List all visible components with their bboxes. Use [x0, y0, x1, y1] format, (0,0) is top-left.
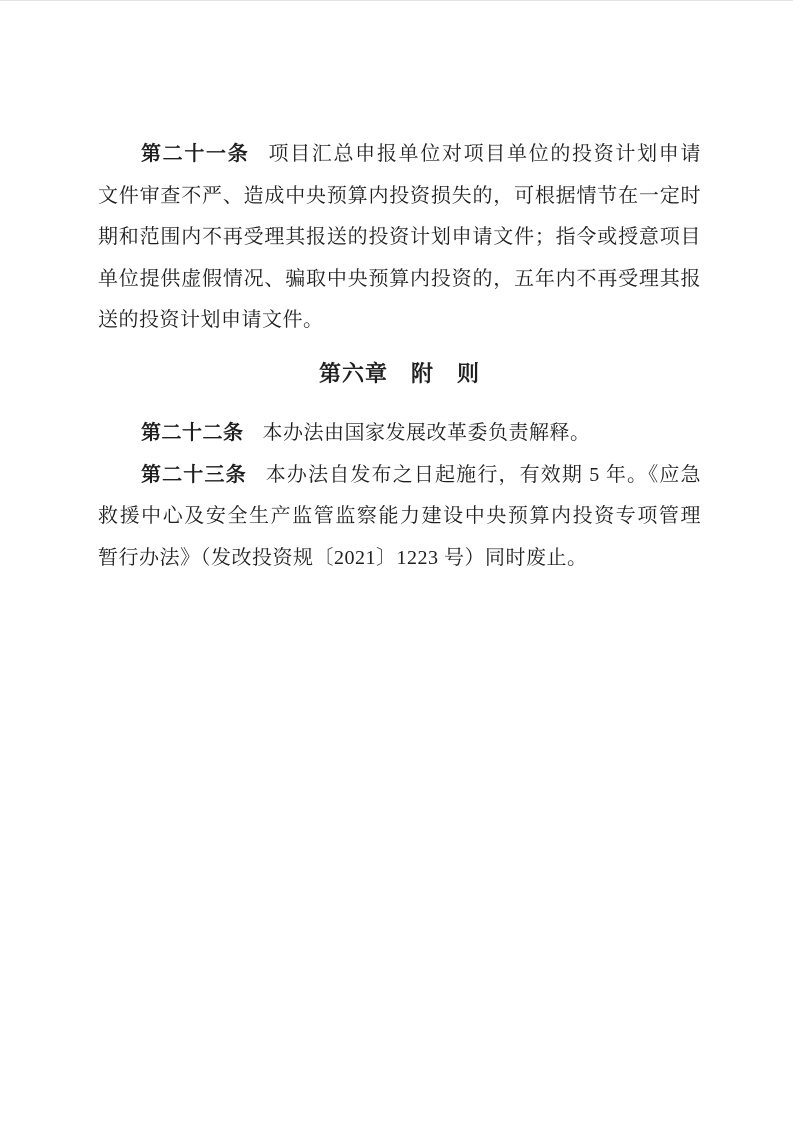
text-line: 送的投资计划申请文件。 — [98, 300, 701, 342]
article-22-paragraph: 第二十二条本办法由国家发展改革委负责解释。 — [98, 413, 701, 455]
text-line: 单位提供虚假情况、骗取中央预算内投资的，五年内不再受理其报 — [98, 259, 701, 301]
text-line: 期和范围内不再受理其报送的投资计划申请文件；指令或授意项目 — [98, 217, 701, 259]
article-23-paragraph: 第二十三条本办法自发布之日起施行，有效期 5 年。《应急 救援中心及安全生产监管… — [98, 455, 701, 580]
article-22-number: 第二十二条 — [141, 422, 244, 444]
article-21-number: 第二十一条 — [141, 143, 249, 165]
text-line: 第二十三条本办法自发布之日起施行，有效期 5 年。《应急 — [98, 455, 701, 497]
text-line: 暂行办法》（发改投资规〔2021〕1223 号）同时废止。 — [98, 538, 701, 580]
article-23-number: 第二十三条 — [141, 464, 247, 486]
chapter-6-heading: 第六章 附 则 — [98, 353, 701, 395]
article-21-first-line: 项目汇总申报单位对项目单位的投资计划申请 — [268, 143, 701, 165]
text-line: 文件审查不严、造成中央预算内投资损失的，可根据情节在一定时 — [98, 176, 701, 218]
text-line: 第二十一条项目汇总申报单位对项目单位的投资计划申请 — [98, 134, 701, 176]
article-22-text: 本办法由国家发展改革委负责解释。 — [263, 422, 591, 444]
text-line: 第二十二条本办法由国家发展改革委负责解释。 — [98, 413, 701, 455]
document-body: 第二十一条项目汇总申报单位对项目单位的投资计划申请 文件审查不严、造成中央预算内… — [98, 134, 701, 579]
article-21-paragraph: 第二十一条项目汇总申报单位对项目单位的投资计划申请 文件审查不严、造成中央预算内… — [98, 134, 701, 342]
text-line: 救援中心及安全生产监管监察能力建设中央预算内投资专项管理 — [98, 496, 701, 538]
article-23-first-line: 本办法自发布之日起施行，有效期 5 年。《应急 — [266, 464, 701, 486]
document-page: 第二十一条项目汇总申报单位对项目单位的投资计划申请 文件审查不严、造成中央预算内… — [0, 0, 793, 1122]
